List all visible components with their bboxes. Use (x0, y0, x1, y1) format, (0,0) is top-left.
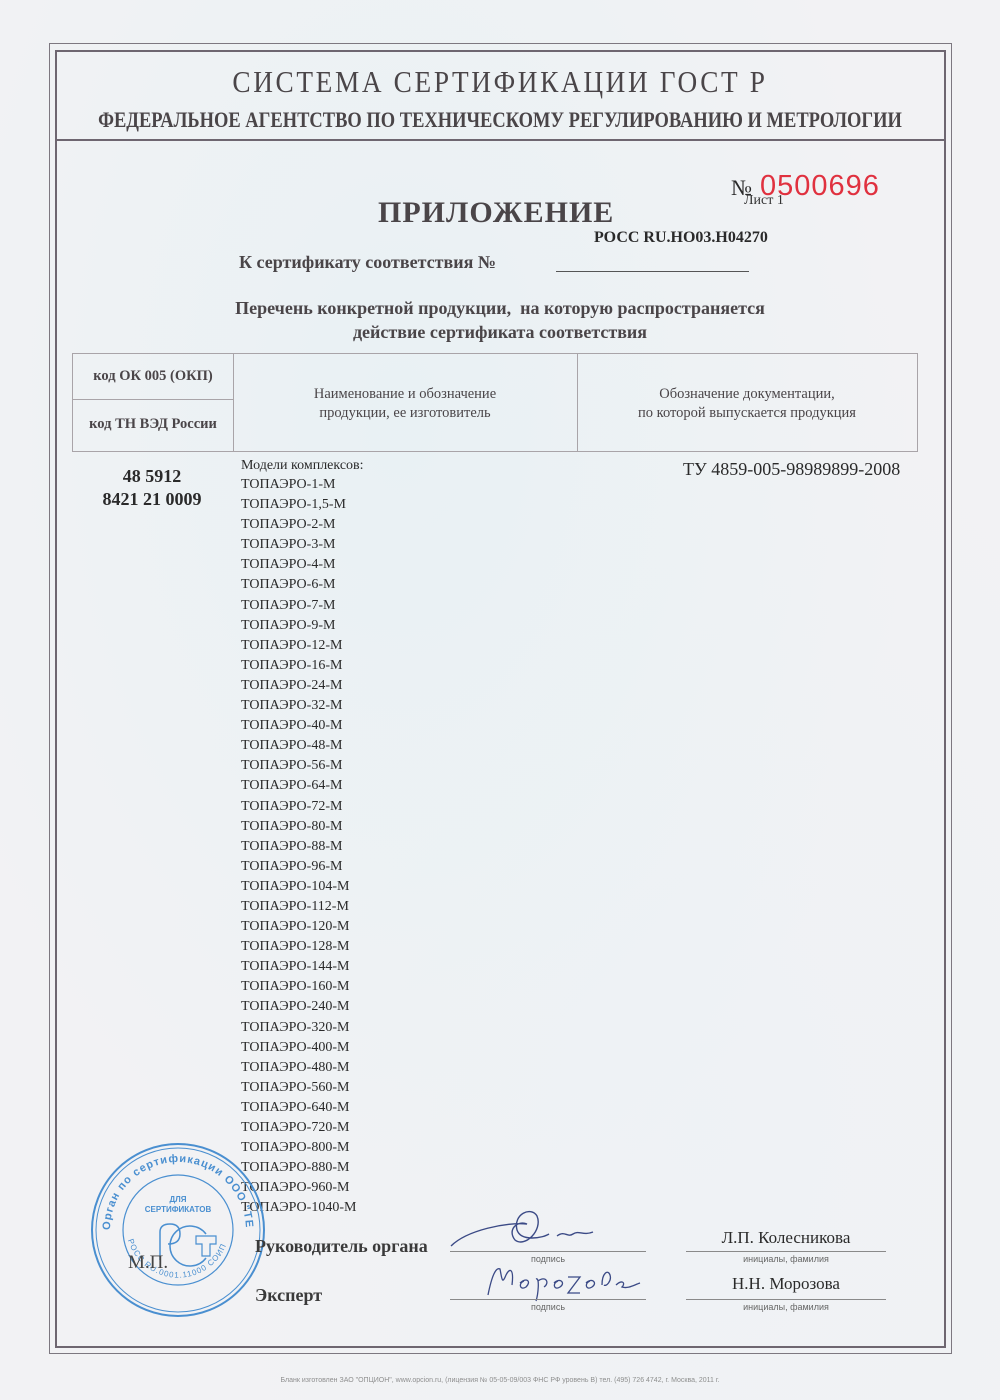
sheet-label: Лист 1 (744, 193, 784, 209)
model-list-item: ТОПАЭРО-96-М (241, 857, 364, 877)
header-product-line1: Наименование и обозначение (233, 385, 577, 404)
model-list-item: ТОПАЭРО-9-М (241, 616, 364, 636)
table-header: код ОК 005 (ОКП) код ТН ВЭД России Наиме… (72, 353, 918, 452)
model-list-item: ТОПАЭРО-2-М (241, 515, 364, 535)
to-certificate-label: К сертификату соответствия № (239, 252, 496, 273)
list-title-line1: Перечень конкретной продукции, на котору… (0, 296, 1000, 320)
model-list-item: ТОПАЭРО-560-М (241, 1078, 364, 1098)
certificate-number: РОСС RU.HO03.H04270 (594, 229, 768, 247)
product-list-title: Перечень конкретной продукции, на котору… (0, 296, 1000, 344)
model-list-item: ТОПАЭРО-6-М (241, 575, 364, 595)
models-list: Модели комплексов: ТОПАЭРО-1-МТОПАЭРО-1,… (241, 457, 364, 1218)
product-codes: 48 5912 8421 21 0009 (72, 465, 232, 511)
head-name-caption: инициалы, фамилия (686, 1254, 886, 1264)
certificate-number-line (556, 271, 749, 272)
model-list-item: ТОПАЭРО-4-М (241, 555, 364, 575)
expert-name-caption: инициалы, фамилия (686, 1302, 886, 1312)
expert-name-line (686, 1299, 886, 1300)
model-list-item: ТОПАЭРО-144-М (241, 957, 364, 977)
documentation-value: ТУ 4859-005-98989899-2008 (683, 459, 900, 480)
model-list-item: ТОПАЭРО-16-М (241, 656, 364, 676)
models-caption: Модели комплексов: (241, 457, 364, 475)
expert-label: Эксперт (255, 1285, 322, 1306)
model-list-item: ТОПАЭРО-32-М (241, 696, 364, 716)
model-list-item: ТОПАЭРО-3-М (241, 535, 364, 555)
model-list-item: ТОПАЭРО-640-М (241, 1098, 364, 1118)
model-list-item: ТОПАЭРО-1,5-М (241, 495, 364, 515)
header-product-name: Наименование и обозначение продукции, ее… (233, 385, 577, 423)
head-signature-caption: подпись (450, 1254, 646, 1264)
model-list-item: ТОПАЭРО-56-М (241, 756, 364, 776)
certification-stamp-icon: Орган по сертификации ООО "ТЕХНОНЕФТЕГАЗ… (88, 1140, 268, 1320)
model-list-item: ТОПАЭРО-128-М (241, 937, 364, 957)
row-divider (73, 399, 233, 400)
printer-imprint: Бланк изготовлен ЗАО "ОПЦИОН", www.opcio… (0, 1377, 1000, 1384)
agency-title: ФЕДЕРАЛЬНОЕ АГЕНТСТВО ПО ТЕХНИЧЕСКОМУ РЕ… (80, 107, 920, 133)
model-list-item: ТОПАЭРО-24-М (241, 676, 364, 696)
model-list-item: ТОПАЭРО-160-М (241, 977, 364, 997)
header-okp-code: код ОК 005 (ОКП) (73, 368, 233, 385)
header-documentation: Обозначение документации, по которой вып… (577, 385, 917, 423)
appendix-title: ПРИЛОЖЕНИЕ (378, 196, 614, 230)
model-list-item: ТОПАЭРО-88-М (241, 837, 364, 857)
header-separator (55, 139, 946, 141)
okp-code-value: 48 5912 (72, 465, 232, 488)
expert-signature-line (450, 1299, 646, 1300)
model-list-item: ТОПАЭРО-48-М (241, 736, 364, 756)
model-list-item: ТОПАЭРО-1-М (241, 475, 364, 495)
model-list-item: ТОПАЭРО-400-М (241, 1038, 364, 1058)
model-list-item: ТОПАЭРО-104-М (241, 877, 364, 897)
model-list-item: ТОПАЭРО-240-М (241, 997, 364, 1017)
svg-text:ДЛЯ: ДЛЯ (169, 1195, 186, 1204)
header-tn-ved-code: код ТН ВЭД России (73, 416, 233, 433)
model-list-item: ТОПАЭРО-72-М (241, 797, 364, 817)
model-list-item: ТОПАЭРО-40-М (241, 716, 364, 736)
expert-name: Н.Н. Морозова (686, 1274, 886, 1294)
svg-text:СЕРТИФИКАТОВ: СЕРТИФИКАТОВ (145, 1205, 212, 1214)
head-of-body-label: Руководитель органа (255, 1236, 428, 1257)
model-list-item: ТОПАЭРО-320-М (241, 1018, 364, 1038)
svg-text:Орган по сертификации ООО "ТЕХ: Орган по сертификации ООО "ТЕХНОНЕФТЕГАЗ… (88, 1140, 255, 1230)
models-items: ТОПАЭРО-1-МТОПАЭРО-1,5-МТОПАЭРО-2-МТОПАЭ… (241, 475, 364, 1218)
header-product-line2: продукции, ее изготовитель (233, 404, 577, 423)
list-title-line2: действие сертификата соответствия (0, 320, 1000, 344)
model-list-item: ТОПАЭРО-720-М (241, 1118, 364, 1138)
model-list-item: ТОПАЭРО-7-М (241, 596, 364, 616)
model-list-item: ТОПАЭРО-64-М (241, 776, 364, 796)
head-signature-line (450, 1251, 646, 1252)
expert-signature-caption: подпись (450, 1302, 646, 1312)
seal-place-label: М.П. (128, 1252, 168, 1274)
model-list-item: ТОПАЭРО-120-М (241, 917, 364, 937)
header-doc-line1: Обозначение документации, (577, 385, 917, 404)
header-doc-line2: по которой выпускается продукция (577, 404, 917, 423)
model-list-item: ТОПАЭРО-80-М (241, 817, 364, 837)
model-list-item: ТОПАЭРО-112-М (241, 897, 364, 917)
head-name: Л.П. Колесникова (686, 1228, 886, 1248)
model-list-item: ТОПАЭРО-480-М (241, 1058, 364, 1078)
head-name-line (686, 1251, 886, 1252)
system-title: СИСТЕМА СЕРТИФИКАЦИИ ГОСТ Р (60, 64, 940, 100)
model-list-item: ТОПАЭРО-12-М (241, 636, 364, 656)
tn-ved-code-value: 8421 21 0009 (72, 488, 232, 511)
